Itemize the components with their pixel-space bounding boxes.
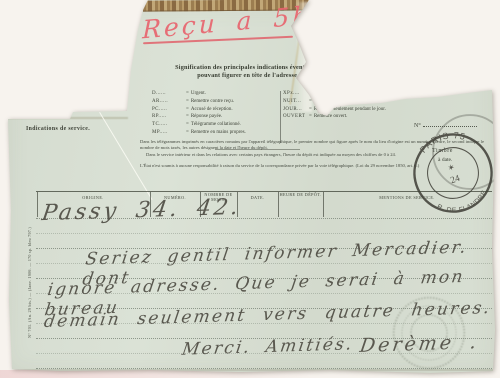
service-codes-right-column: XPx....=Exprès payé. NUIT...=Remettre mê… <box>283 90 389 121</box>
code-row: TC.....=Télégramme collationné. <box>152 121 282 129</box>
codes-column-divider <box>280 91 281 143</box>
writing-rule <box>36 368 492 369</box>
code-row: MP.....=Remettre en mains propres. <box>152 129 282 137</box>
postmark-stamp: PARIS 75 R. DE FLANDRE ✶ 24 <box>394 114 500 232</box>
code-row: AR.....=Remettre contre reçu. <box>152 98 282 106</box>
code-row: JOUR...=Remettre seulement pendant le jo… <box>283 106 389 114</box>
form-reference-margin-note: N° 701. (An. 29 bis.) — (Janv. 1906. — 1… <box>27 192 32 338</box>
code-row: D......=Urgent. <box>152 90 282 98</box>
postmark-date: 24 <box>449 174 461 187</box>
indications-de-service-label: Indications de service. <box>26 126 90 132</box>
code-row: PC.....=Accusé de réception. <box>152 106 282 114</box>
code-row: NUIT...=Remettre même pendant la nuit. <box>283 98 389 106</box>
service-codes-left-column: D......=Urgent. AR.....=Remettre contre … <box>152 90 282 137</box>
telegram-paper: Reçu a 5h Signification des principales … <box>0 0 500 378</box>
column-header-heure-de-depot: HEURE DE DÉPÔT. <box>278 193 323 198</box>
signification-heading: Signification des principales indication… <box>128 64 368 81</box>
handwritten-signature: Derème . <box>358 331 480 357</box>
code-row: OUVERT=Remettre ouvert. <box>283 113 389 121</box>
svg-text:R. DE FLANDRE: R. DE FLANDRE <box>434 188 492 221</box>
writing-rule <box>36 233 492 234</box>
code-row: RP.....=Réponse payée. <box>152 113 282 121</box>
star-icon: ✶ <box>446 162 456 174</box>
torn-edge-left <box>8 117 128 119</box>
signification-line2: pouvant figurer en tête de l'adresse. <box>128 72 368 80</box>
signification-line1: Signification des principales indication… <box>128 64 368 72</box>
svg-text:PARIS 75: PARIS 75 <box>415 124 469 156</box>
handwritten-origin: Passy 34. 42. <box>40 195 242 226</box>
torn-edge-discoloration <box>333 82 493 94</box>
code-row: XPx....=Exprès payé. <box>283 90 389 98</box>
telegram-scan: Reçu a 5h Signification des principales … <box>0 0 500 378</box>
column-header-mentions-de-service: MENTIONS DE SERVICE. <box>323 196 491 201</box>
column-header-date: DATE. <box>237 196 278 201</box>
handwritten-line: Merci. Amitiés. <box>181 334 355 359</box>
table-top-rule <box>36 191 492 192</box>
